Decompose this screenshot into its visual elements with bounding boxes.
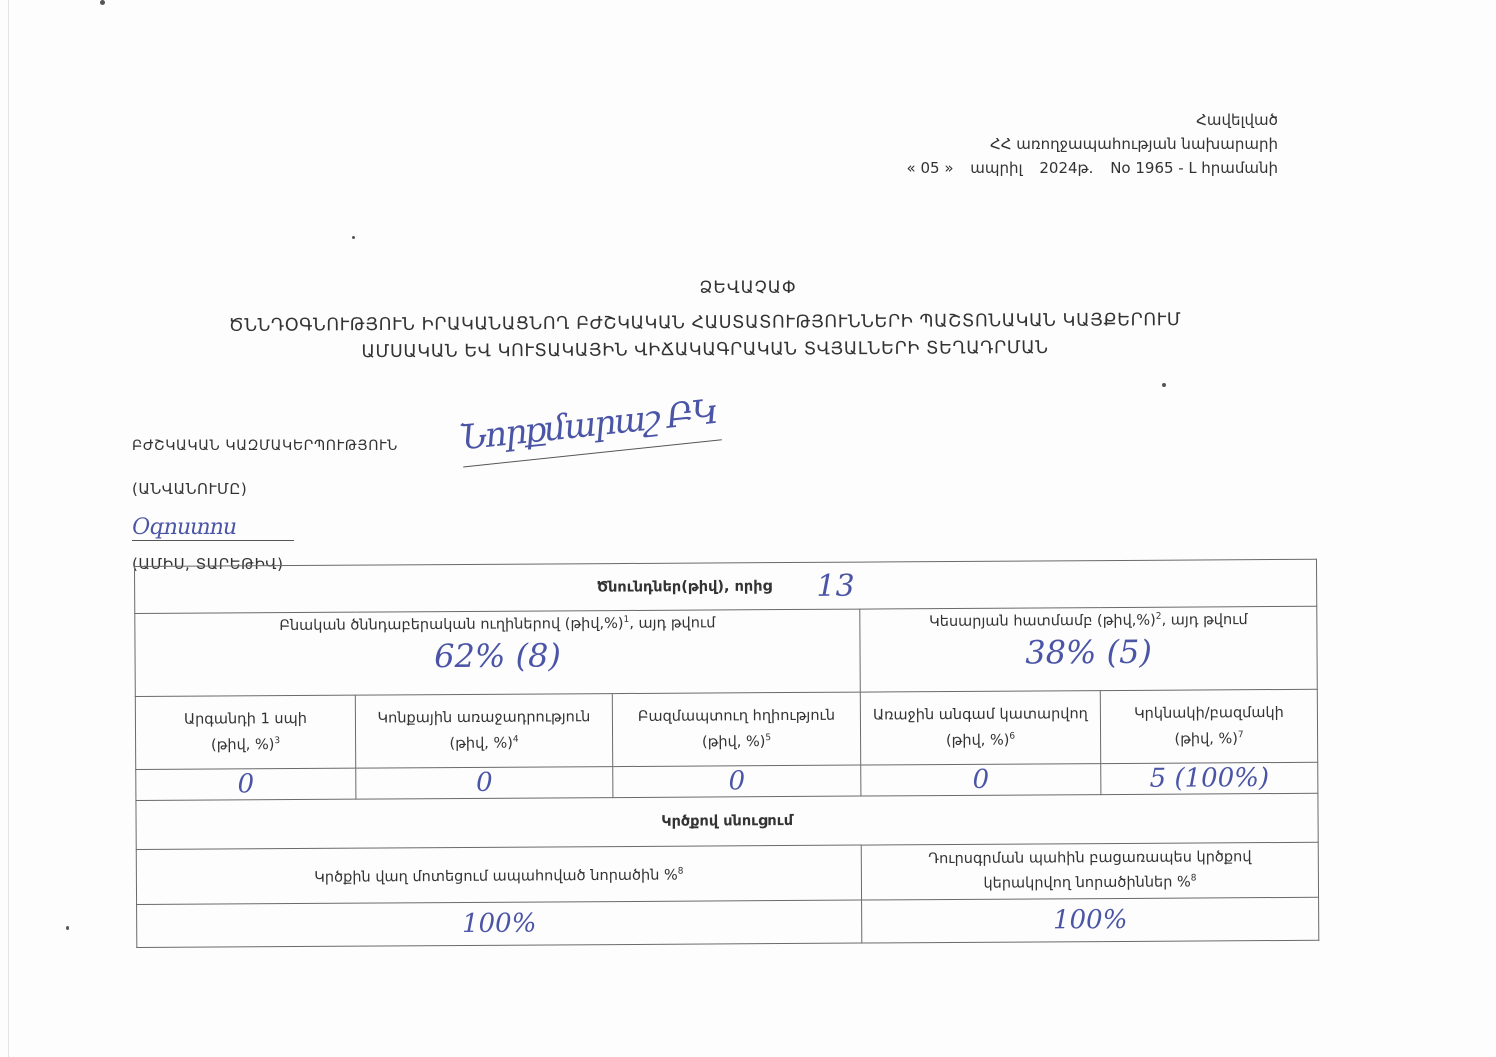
breech-label: Կոնքային առաջադրություն — [362, 706, 606, 729]
uterine-scar-value: 0 — [237, 769, 254, 799]
breastfeeding-heading-row: Կրծքով սնուցում — [136, 793, 1318, 849]
unit-label: (թիվ, %) — [449, 736, 513, 752]
footnote-7: 7 — [1238, 730, 1244, 740]
unit-label: (թիվ, %) — [1174, 731, 1238, 747]
footnote-5: 5 — [765, 733, 771, 743]
uterine-scar-header: Արգանդի 1 սպի(թիվ, %)3 — [135, 695, 355, 769]
multiple-pregnancy-label: Բազմապտուղ հղիություն — [619, 705, 854, 728]
births-label: Ծնունդներ(թիվ), որից — [597, 578, 772, 595]
breech-header: Կոնքային առաջադրություն(թիվ, %)4 — [355, 694, 612, 769]
multiple-pregnancy-value-cell: 0 — [613, 765, 861, 798]
multiple-pregnancy-value: 0 — [728, 766, 745, 796]
early-latch-value: 100% — [462, 908, 537, 938]
early-latch-label: Կրծքին վաղ մոտեցում ապահոված նորածին % — [314, 867, 678, 885]
exclusive-label-line-1: Դուրսգրման պահին բացառապես կրծքով — [868, 847, 1312, 871]
organization-caption: (ԱՆՎԱՆՈՒՄԸ) — [132, 480, 247, 498]
exclusive-breastfeeding-value: 100% — [1053, 905, 1128, 935]
order-day: « 05 » — [907, 159, 954, 177]
scan-speck — [352, 236, 355, 239]
exclusive-label-line-2: կերակրվող նորածիններ % — [983, 874, 1190, 891]
footnote-6: 6 — [1009, 732, 1015, 742]
early-latch-label-cell: Կրծքին վաղ մոտեցում ապահոված նորածին %8 — [136, 845, 861, 904]
document-title: ՁԵՎԱՉԱՓ — [0, 278, 1496, 298]
breech-value-cell: 0 — [356, 767, 613, 800]
births-value: 13 — [816, 568, 854, 603]
repeat-cesarean-header: Կրկնակի/բազմակի(թիվ, %)7 — [1100, 689, 1318, 763]
organization-label: ԲԺՇԿԱԿԱՆ ԿԱԶՄԱԿԵՐՊՈՒԹՅՈՒՆ — [132, 438, 398, 454]
natural-delivery-value: 62% (8) — [141, 634, 853, 676]
cesarean-suffix: , այդ թվում — [1162, 612, 1248, 629]
repeat-cesarean-label: Կրկնակի/բազմակի — [1107, 702, 1311, 725]
order-number: No 1965 - Լ հրամանի — [1110, 159, 1278, 177]
births-total-cell: Ծնունդներ(թիվ), որից 13 — [135, 559, 1317, 613]
multiple-pregnancy-header: Բազմապտուղ հղիություն(թիվ, %)5 — [612, 692, 860, 767]
exclusive-breastfeeding-label-cell: Դուրսգրման պահին բացառապես կրծքով կերակր… — [861, 842, 1318, 900]
approval-order-line: « 05 » ապրիլ 2024թ. No 1965 - Լ հրամանի — [907, 156, 1278, 180]
repeat-cesarean-value-cell: 5 (100%) — [1101, 762, 1318, 794]
unit-label: (թիվ, %) — [211, 737, 275, 753]
approval-minister-label: ՀՀ առողջապահության նախարարի — [907, 132, 1278, 156]
breastfeeding-value-row: 100% 100% — [137, 897, 1319, 947]
unit-label: (թիվ, %) — [946, 733, 1010, 749]
uterine-scar-value-cell: 0 — [136, 768, 356, 800]
footnote-3: 3 — [274, 736, 280, 746]
approval-block: Հավելված ՀՀ առողջապահության նախարարի « 0… — [907, 108, 1278, 180]
uterine-scar-label: Արգանդի 1 սպի — [142, 708, 349, 731]
footnote-4: 4 — [513, 735, 519, 745]
order-month: ապրիլ — [970, 159, 1022, 177]
approval-annex-label: Հավելված — [907, 108, 1278, 132]
scan-speck — [1162, 383, 1166, 387]
footnote-8: 8 — [1191, 874, 1197, 884]
footnote-8: 8 — [678, 866, 684, 876]
document-subtitle: ԾՆՆԴՕԳՆՈՒԹՅՈՒՆ ԻՐԱԿԱՆԱՑՆՈՂ ԲԺՇԿԱԿԱՆ ՀԱՍՏ… — [140, 307, 1270, 368]
first-cesarean-value: 0 — [972, 765, 989, 795]
cesarean-cell: Կեսարյան հատմամբ (թիվ,%)2, այդ թվում 38%… — [860, 606, 1318, 692]
statistics-table: Ծնունդներ(թիվ), որից 13 Բնական ծննդաբերա… — [134, 559, 1318, 948]
cesarean-value: 38% (5) — [866, 632, 1310, 673]
order-year: 2024թ. — [1039, 159, 1093, 177]
breastfeeding-heading: Կրծքով սնուցում — [136, 793, 1318, 849]
period-handwritten: Օգոստոս — [132, 515, 294, 541]
repeat-cesarean-value: 5 (100%) — [1150, 763, 1270, 794]
natural-delivery-suffix: , այդ թվում — [629, 615, 715, 632]
breastfeeding-label-row: Կրծքին վաղ մոտեցում ապահոված նորածին %8 … — [136, 842, 1318, 904]
breech-value: 0 — [476, 768, 493, 798]
first-cesarean-header: Առաջին անգամ կատարվող(թիվ, %)6 — [860, 691, 1100, 765]
first-cesarean-label: Առաջին անգամ կատարվող — [867, 703, 1094, 726]
scan-speck — [66, 926, 69, 930]
exclusive-breastfeeding-value-cell: 100% — [862, 897, 1319, 943]
first-cesarean-value-cell: 0 — [861, 764, 1101, 796]
organization-name-handwritten: Նորքմարաշ ԲԿ — [458, 392, 722, 468]
scan-page-edge — [8, 0, 9, 1057]
births-total-row: Ծնունդներ(թիվ), որից 13 — [135, 559, 1317, 613]
cesarean-label: Կեսարյան հատմամբ (թիվ,%) — [929, 613, 1156, 630]
delivery-type-row: Բնական ծննդաբերական ուղիներով (թիվ,%)1, … — [135, 606, 1318, 696]
subcategory-header-row: Արգանդի 1 սպի(թիվ, %)3 Կոնքային առաջադրո… — [135, 689, 1317, 769]
natural-delivery-cell: Բնական ծննդաբերական ուղիներով (թիվ,%)1, … — [135, 609, 860, 696]
natural-delivery-label: Բնական ծննդաբերական ուղիներով (թիվ,%) — [279, 616, 623, 634]
early-latch-value-cell: 100% — [137, 900, 862, 947]
unit-label: (թիվ, %) — [702, 734, 766, 750]
scan-speck — [100, 0, 105, 5]
